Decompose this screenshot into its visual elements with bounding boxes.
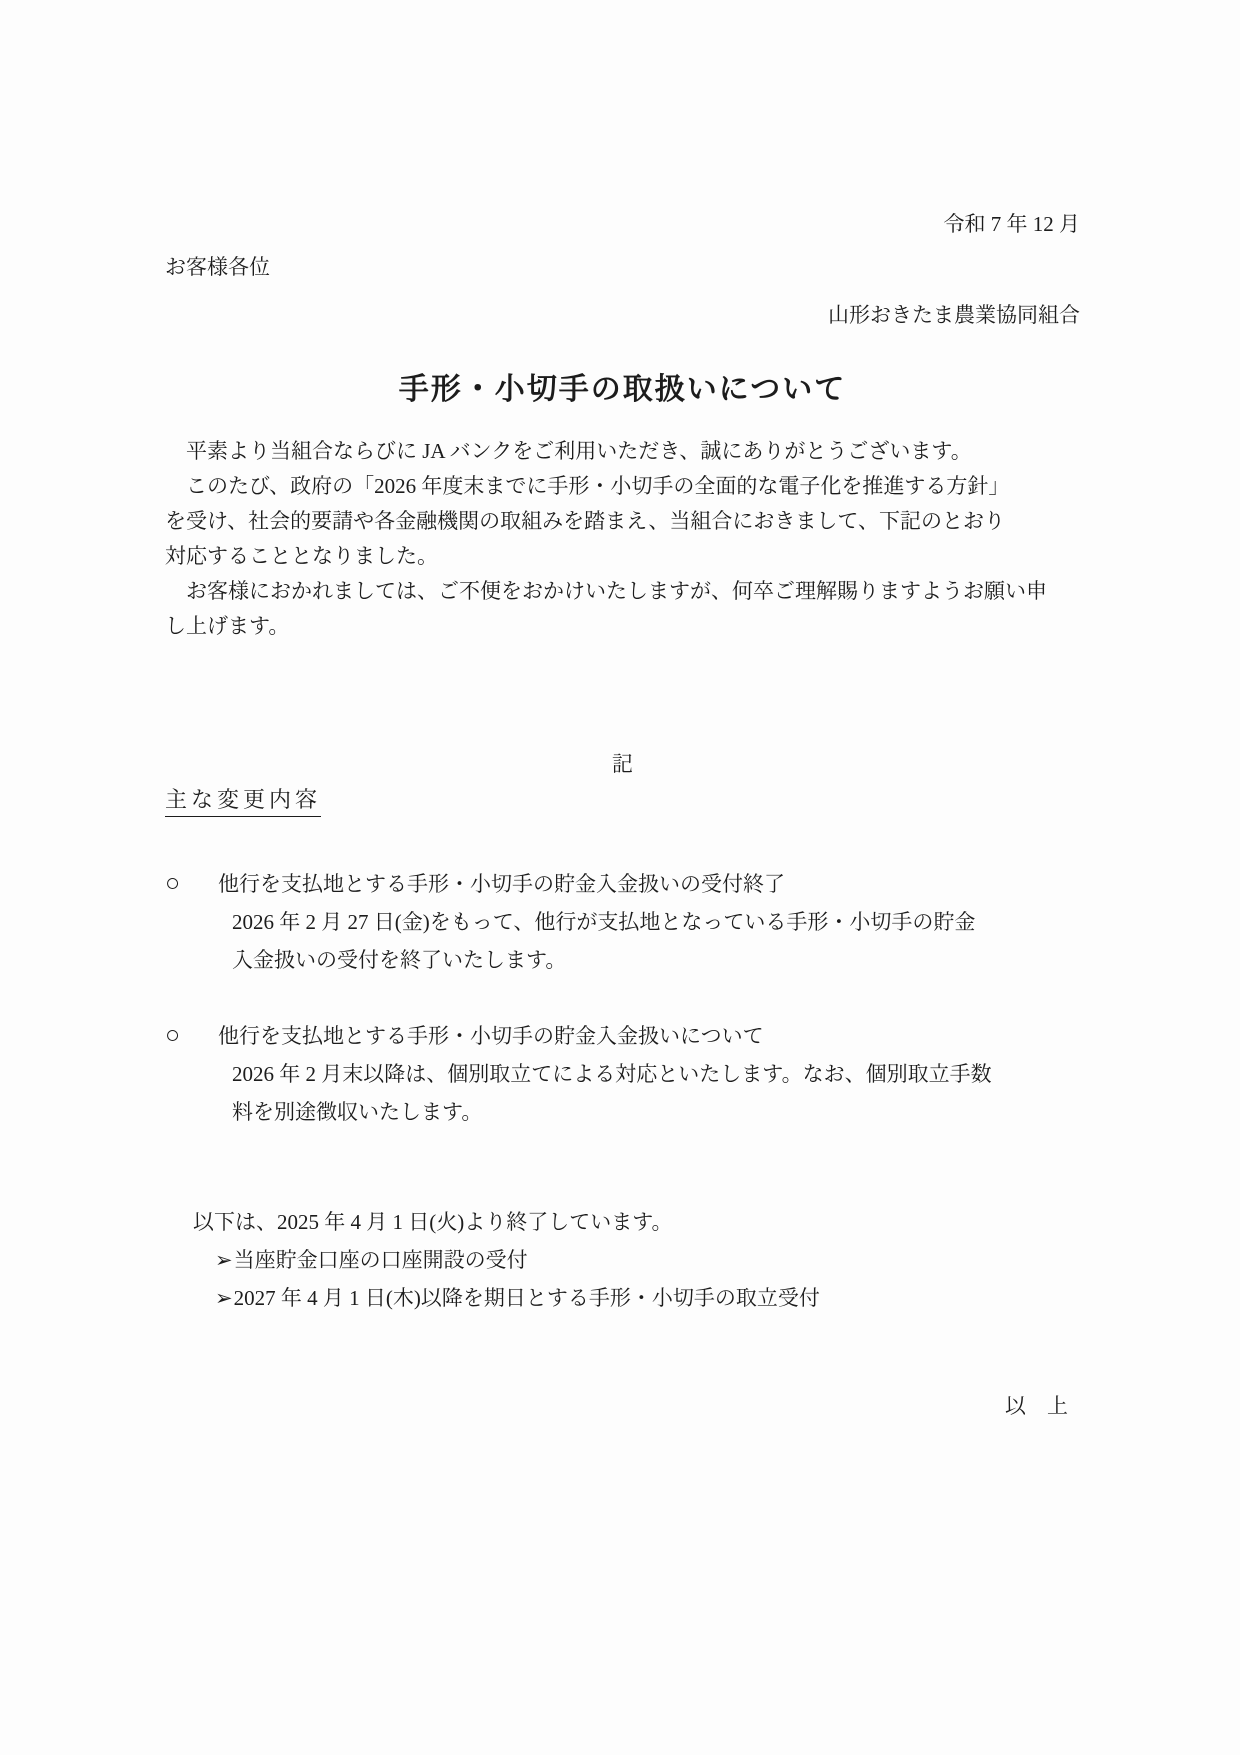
change-item-body-line: 2026 年 2 月 27 日(金)をもって、他行が支払地となっている手形・小切… [232, 903, 1080, 941]
change-item: ○ 他行を支払地とする手形・小切手の貯金入金扱いについて 2026 年 2 月末… [165, 1017, 1080, 1131]
recipient-line: お客様各位 [165, 254, 1080, 280]
change-item-body: 2026 年 2 月末以降は、個別取立てによる対応といたします。なお、個別取立手… [232, 1055, 1080, 1131]
section-heading-main-changes: 主な変更内容 [165, 785, 1080, 817]
change-item-body-line: 料を別途徴収いたします。 [232, 1093, 1080, 1131]
change-item-heading-row: ○ 他行を支払地とする手形・小切手の貯金入金扱いについて [165, 1017, 1080, 1055]
arrowhead-bullet-icon: ➢ [215, 1248, 234, 1272]
record-marker: 記 [165, 749, 1080, 779]
ended-services-list: ➢当座貯金口座の口座開設の受付 ➢2027 年 4 月 1 日(木)以降を期日と… [215, 1241, 1080, 1317]
intro-line: し上げます。 [165, 609, 1080, 644]
notice-document-page: 令和 7 年 12 月 お客様各位 山形おきたま農業協同組合 手形・小切手の取扱… [0, 0, 1240, 1755]
ended-service-item: ➢当座貯金口座の口座開設の受付 [215, 1241, 1080, 1279]
change-item-heading-row: ○ 他行を支払地とする手形・小切手の貯金入金扱いの受付終了 [165, 865, 1080, 903]
section-heading-text: 主な変更内容 [165, 785, 321, 817]
circle-bullet-icon: ○ [165, 865, 218, 903]
change-item-heading: 他行を支払地とする手形・小切手の貯金入金扱いの受付終了 [218, 865, 1080, 903]
ended-service-item: ➢2027 年 4 月 1 日(木)以降を期日とする手形・小切手の取立受付 [215, 1279, 1080, 1317]
change-item-body: 2026 年 2 月 27 日(金)をもって、他行が支払地となっている手形・小切… [232, 903, 1080, 979]
ended-services-lead: 以下は、2025 年 4 月 1 日(火)より終了しています。 [193, 1203, 1080, 1241]
ended-services-section: 以下は、2025 年 4 月 1 日(火)より終了しています。 ➢当座貯金口座の… [165, 1203, 1080, 1317]
circle-bullet-icon: ○ [165, 1017, 218, 1055]
document-title: 手形・小切手の取扱いについて [165, 370, 1080, 410]
intro-line: 対応することとなりました。 [165, 539, 1080, 574]
document-date: 令和 7 年 12 月 [165, 212, 1080, 236]
intro-line: 平素より当組合ならびに JA バンクをご利用いただき、誠にありがとうございます。 [165, 434, 1080, 469]
change-item-body-line: 入金扱いの受付を終了いたします。 [232, 941, 1080, 979]
arrowhead-bullet-icon: ➢ [215, 1286, 234, 1310]
sender-organization: 山形おきたま農業協同組合 [165, 302, 1080, 328]
intro-line: お客様におかれましては、ご不便をおかけいたしますが、何卒ご理解賜りますようお願い… [165, 574, 1080, 609]
intro-line: を受け、社会的要請や各金融機関の取組みを踏まえ、当組合におきまして、下記のとおり [165, 504, 1080, 539]
change-item: ○ 他行を支払地とする手形・小切手の貯金入金扱いの受付終了 2026 年 2 月… [165, 865, 1080, 979]
change-item-body-line: 2026 年 2 月末以降は、個別取立てによる対応といたします。なお、個別取立手… [232, 1055, 1080, 1093]
change-item-heading: 他行を支払地とする手形・小切手の貯金入金扱いについて [218, 1017, 1080, 1055]
ended-service-text: 当座貯金口座の口座開設の受付 [234, 1248, 528, 1272]
ended-service-text: 2027 年 4 月 1 日(木)以降を期日とする手形・小切手の取立受付 [234, 1286, 820, 1310]
intro-line: このたび、政府の「2026 年度末までに手形・小切手の全面的な電子化を推進する方… [165, 469, 1080, 504]
closing-ijou: 以 上 [165, 1391, 1080, 1421]
intro-paragraphs: 平素より当組合ならびに JA バンクをご利用いただき、誠にありがとうございます。… [165, 434, 1080, 644]
